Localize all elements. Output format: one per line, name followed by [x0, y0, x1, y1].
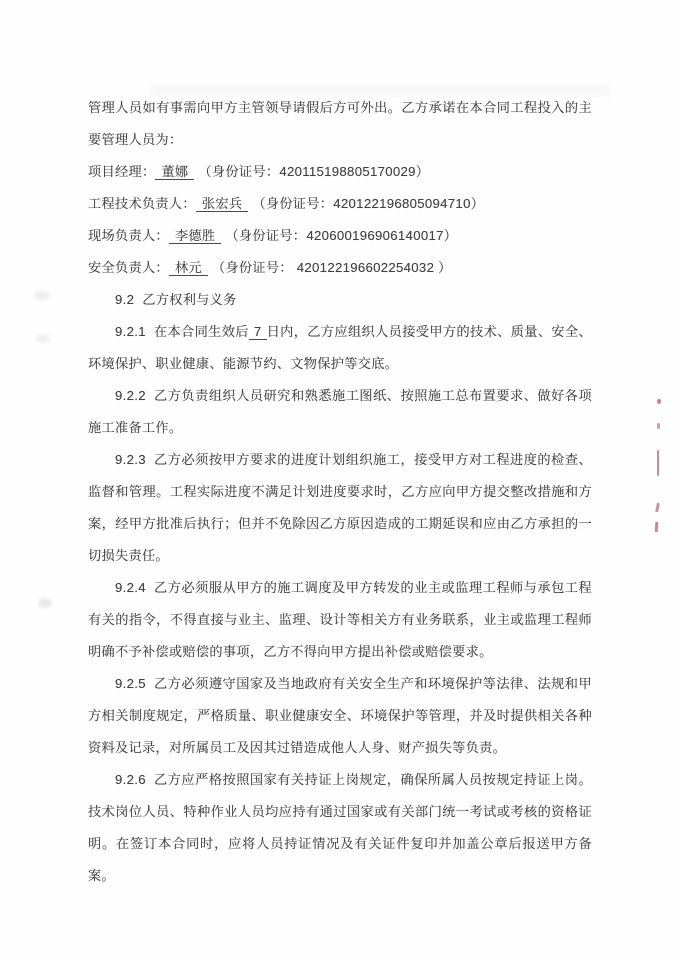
section-title: 乙方权利与义务: [142, 292, 236, 307]
margin-red-ink-mark: [655, 503, 660, 512]
roster-id-prefix: （身份证号：: [252, 196, 333, 211]
contract-body: 管理人员如有事需向甲方主管领导请假后方可外出。乙方承诺在本合同工程投入的主要管理…: [88, 92, 592, 892]
clause-number: 9.2.1: [115, 324, 146, 339]
intro-paragraph: 管理人员如有事需向甲方主管领导请假后方可外出。乙方承诺在本合同工程投入的主要管理…: [88, 92, 592, 156]
roster-label: 项目经理：: [88, 164, 155, 179]
clause-text: 乙方必须服从甲方的施工调度及甲方转发的业主或监理工程师与承包工程有关的指令，不得…: [88, 580, 592, 659]
clause-text: 乙方应严格按照国家有关持证上岗规定，确保所属人员按规定持证上岗。技术岗位人员、特…: [88, 772, 592, 883]
clause-9-2-5: 9.2.5乙方必须遵守国家及当地政府有关安全生产和环境保护等法律、法规和甲方相关…: [88, 668, 592, 764]
scan-smudge: [36, 334, 50, 343]
clause-9-2-1: 9.2.1在本合同生效后7日内，乙方应组织人员接受甲方的技术、质量、安全、环境保…: [88, 316, 592, 380]
clause-9-2-3: 9.2.3乙方必须按甲方要求的进度计划组织施工，接受甲方对工程进度的检查、监督和…: [88, 444, 592, 572]
roster-id-number: 420115198805170029: [279, 164, 415, 179]
roster-id-suffix: ）: [434, 260, 451, 275]
roster-name-underlined: 董娜: [155, 164, 194, 180]
margin-red-ink-mark: [657, 450, 659, 476]
roster-id-number: 420122196805094710: [333, 196, 470, 211]
roster-label: 工程技术负责人：: [88, 196, 196, 211]
margin-red-ink-mark: [655, 522, 659, 532]
scan-smudge: [34, 291, 50, 300]
margin-red-ink-mark: [657, 399, 661, 404]
section-number: 9.2: [115, 292, 134, 307]
roster-label: 现场负责人：: [88, 228, 169, 243]
roster-label: 安全负责人：: [88, 260, 169, 275]
clause-number: 9.2.5: [115, 676, 146, 691]
clause-text: 在本合同生效后: [154, 324, 249, 339]
section-heading: 9.2乙方权利与义务: [88, 284, 592, 316]
clause-9-2-4: 9.2.4乙方必须服从甲方的施工调度及甲方转发的业主或监理工程师与承包工程有关的…: [88, 572, 592, 668]
roster-id-prefix: （身份证号：: [225, 228, 306, 243]
scan-smudge: [38, 598, 52, 608]
roster-id-number: 420122196602254032: [297, 260, 434, 275]
roster-id-suffix: ）: [444, 228, 458, 243]
roster-row-safety-lead: 安全负责人：林元 （身份证号： 420122196602254032 ）: [88, 252, 592, 284]
roster-row-technical-lead: 工程技术负责人：张宏兵 （身份证号：420122196805094710）: [88, 188, 592, 220]
clause-9-2-2: 9.2.2乙方负责组织人员研究和熟悉施工图纸、按照施工总布置要求、做好各项施工准…: [88, 380, 592, 444]
roster-name-underlined: 张宏兵: [196, 196, 248, 212]
contract-page: 管理人员如有事需向甲方主管领导请假后方可外出。乙方承诺在本合同工程投入的主要管理…: [0, 0, 677, 958]
roster-id-suffix: ）: [471, 196, 485, 211]
margin-red-ink-mark: [657, 423, 660, 429]
roster-id-number: 420600196906140017: [306, 228, 443, 243]
roster-row-site-lead: 现场负责人：李德胜 （身份证号：420600196906140017）: [88, 220, 592, 252]
clause-9-2-6: 9.2.6乙方应严格按照国家有关持证上岗规定，确保所属人员按规定持证上岗。技术岗…: [88, 764, 592, 892]
filled-blank-days: 7: [249, 324, 267, 340]
clause-number: 9.2.6: [115, 772, 146, 787]
clause-text: 乙方必须遵守国家及当地政府有关安全生产和环境保护等法律、法规和甲方相关制度规定，…: [88, 676, 592, 755]
clause-number: 9.2.3: [115, 452, 146, 467]
roster-row-project-manager: 项目经理：董娜 （身份证号：420115198805170029）: [88, 156, 592, 188]
roster-id-suffix: ）: [416, 164, 430, 179]
roster-name-underlined: 林元: [169, 260, 208, 276]
roster-name-underlined: 李德胜: [169, 228, 221, 244]
clause-text: 乙方必须按甲方要求的进度计划组织施工，接受甲方对工程进度的检查、监督和管理。工程…: [88, 452, 592, 563]
roster-id-prefix: （身份证号：: [212, 260, 297, 275]
clause-text: 乙方负责组织人员研究和熟悉施工图纸、按照施工总布置要求、做好各项施工准备工作。: [88, 388, 592, 435]
clause-number: 9.2.2: [115, 388, 146, 403]
clause-number: 9.2.4: [115, 580, 146, 595]
roster-id-prefix: （身份证号：: [198, 164, 279, 179]
